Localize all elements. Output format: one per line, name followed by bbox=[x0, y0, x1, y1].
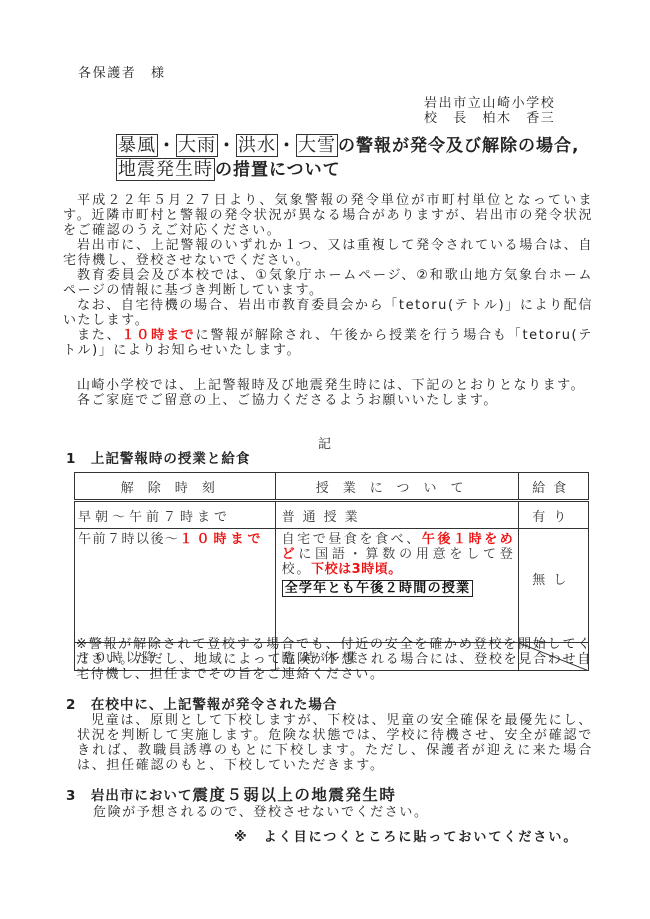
ki-marker: 記 bbox=[318, 437, 333, 452]
cell-time: 早朝～午前７時まで bbox=[75, 501, 276, 529]
cell-lunch: 無し bbox=[518, 529, 588, 643]
cell-class: 自宅で昼食を食べ、午後１時をめどに国語・算数の用意をして登校。下校は3時頃。全学… bbox=[275, 529, 518, 643]
table-header-row: 解除時刻 授業について 給食 bbox=[75, 473, 589, 501]
sender-principal: 校 長 柏木 香三 bbox=[424, 111, 555, 126]
title-term-heavy-snow: 大雪 bbox=[296, 134, 338, 157]
intro-paragraph-3: 教育委員会及び本校では、①気象庁ホームページ、②和歌山地方気象台ホームページの情… bbox=[63, 268, 593, 298]
title-term-storm: 暴風 bbox=[116, 134, 158, 157]
intro-paragraph-5: また、１０時までに警報が解除され、午後から授業を行う場合も「tetoru(テトル… bbox=[63, 328, 593, 358]
section1-heading: 1 上記警報時の授業と給食 bbox=[66, 451, 250, 467]
title-line1-tail: の警報が発令及び解除の場合, bbox=[338, 136, 579, 156]
header-classes: 授業について bbox=[275, 473, 518, 501]
section3-heading: 3 岩出市において震度５弱以上の地震発生時 bbox=[66, 787, 396, 804]
title-term-flood: 洪水 bbox=[236, 134, 278, 157]
header-lunch: 給食 bbox=[518, 473, 588, 501]
cell-time: 午前７時以後～１０時まで bbox=[75, 529, 276, 643]
section1-note: ※警報が解除されて登校する場合でも、付近の安全を確かめ登校を開始してください。た… bbox=[76, 637, 592, 682]
document-title-line1: 暴風・大雨・洪水・大雪の警報が発令及び解除の場合, bbox=[116, 134, 579, 158]
intro-paragraph-4: なお、自宅待機の場合、岩出市教育委員会から「tetoru(テトル)」により配信い… bbox=[63, 298, 593, 328]
section2-body: 児童は、原則として下校しますが、下校は、児童の安全確保を最優先にし、状況を判断し… bbox=[77, 713, 593, 773]
cell-lunch: 有り bbox=[518, 501, 588, 529]
document-title-line2: 地震発生時の措置について bbox=[116, 158, 341, 182]
title-term-heavy-rain: 大雨 bbox=[176, 134, 218, 157]
section3-body: 危険が予想されるので、登校させないでください。 bbox=[93, 805, 429, 820]
title-line2-tail: の措置について bbox=[215, 160, 341, 180]
notice-paragraph-1: 山崎小学校では、上記警報時及び地震発生時には、下記のとおりとなります。 bbox=[63, 378, 593, 393]
sender-school: 岩出市立山崎小学校 bbox=[424, 96, 555, 111]
cell-class: 普通授業 bbox=[275, 501, 518, 529]
afternoon-class-box: 全学年とも午後２時間の授業 bbox=[282, 580, 474, 597]
deadline-highlight: １０時まで bbox=[121, 328, 195, 343]
addressee: 各保護者 様 bbox=[78, 66, 166, 81]
earthquake-intensity: 震度５弱以上の地震発生時 bbox=[192, 786, 396, 804]
header-release-time: 解除時刻 bbox=[75, 473, 276, 501]
intro-paragraph-1: 平成２２年５月２７日より、気象警報の発令単位が市町村単位となっています。近隣市町… bbox=[63, 193, 593, 238]
table-row: 早朝～午前７時まで 普通授業 有り bbox=[75, 501, 589, 529]
notice-paragraph-2: 各ご家庭でご留意の上、ご協力くださるようお願いいたします。 bbox=[63, 393, 593, 408]
notice-section: 山崎小学校では、上記警報時及び地震発生時には、下記のとおりとなります。 各ご家庭… bbox=[63, 378, 593, 408]
intro-paragraph-2: 岩出市に、上記警報のいずれか１つ、又は重複して発令されている場合は、自宅待機し、… bbox=[63, 238, 593, 268]
footer-note: ※ よく目につくところに貼っておいてください。 bbox=[234, 830, 578, 845]
intro-section: 平成２２年５月２７日より、気象警報の発令単位が市町村単位となっています。近隣市町… bbox=[63, 193, 593, 358]
table-row: 午前７時以後～１０時まで 自宅で昼食を食べ、午後１時をめどに国語・算数の用意をし… bbox=[75, 529, 589, 643]
title-term-earthquake: 地震発生時 bbox=[116, 158, 215, 181]
section2-heading: 2 在校中に、上記警報が発令された場合 bbox=[66, 697, 337, 713]
